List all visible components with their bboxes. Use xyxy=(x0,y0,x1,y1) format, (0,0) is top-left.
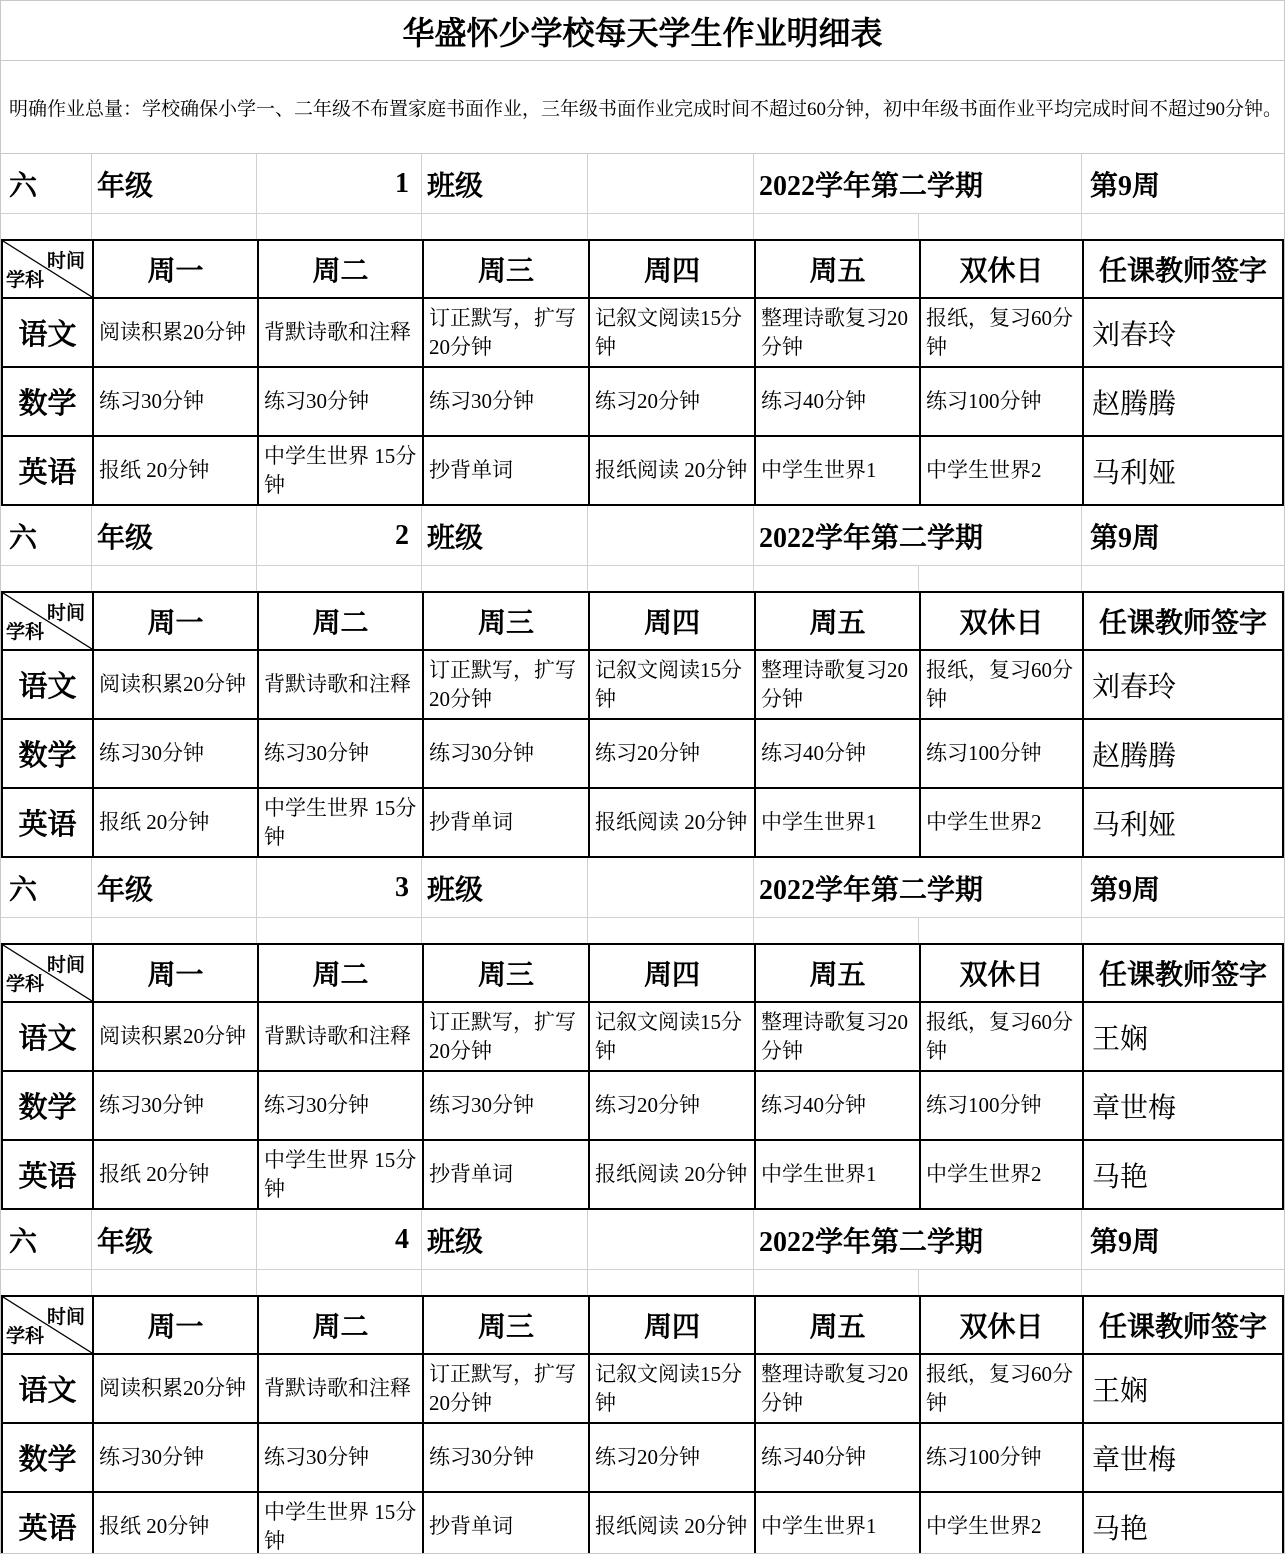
col-header-thu: 周四 xyxy=(590,945,756,1003)
homework-cell: 练习30分钟 xyxy=(94,1424,259,1493)
teacher-signature-cell: 马艳 xyxy=(1084,1141,1282,1210)
corner-cell: 时间 学科 xyxy=(3,1297,94,1355)
col-header-mon: 周一 xyxy=(94,1297,259,1355)
homework-cell: 报纸 20分钟 xyxy=(94,1141,259,1210)
homework-cell: 抄背单词 xyxy=(424,437,590,506)
homework-cell: 报纸 20分钟 xyxy=(94,789,259,858)
grade-label-cell: 年级 xyxy=(92,1210,257,1270)
col-header-wed: 周三 xyxy=(424,593,590,651)
homework-cell: 报纸，复习60分钟 xyxy=(921,651,1084,720)
col-header-fri: 周五 xyxy=(756,593,921,651)
homework-cell: 练习100分钟 xyxy=(921,1072,1084,1141)
class-label-cell: 班级 xyxy=(422,154,588,214)
col-header-teacher: 任课教师签字 xyxy=(1084,593,1282,651)
homework-cell: 中学生世界1 xyxy=(756,437,921,506)
spacer-cell xyxy=(754,918,919,943)
week-cell: 第9周 xyxy=(1082,1210,1284,1270)
homework-cell: 整理诗歌复习20分钟 xyxy=(756,1003,921,1072)
class-section: 六 年级 2 班级 2022学年第二学期 第9周 时间 学科 周一 周二 周 xyxy=(1,506,1284,858)
teacher-signature-cell: 马利娅 xyxy=(1084,789,1282,858)
grade-value-cell: 六 xyxy=(1,506,92,566)
spacer-cell xyxy=(422,214,588,239)
subject-cell: 英语 xyxy=(3,1493,94,1554)
homework-cell: 背默诗歌和注释 xyxy=(259,299,424,368)
teacher-signature-cell: 王娴 xyxy=(1084,1355,1282,1424)
class-number-cell: 2 xyxy=(257,506,422,566)
grade-value-cell: 六 xyxy=(1,1210,92,1270)
class-label-cell: 班级 xyxy=(422,858,588,918)
spacer-row xyxy=(1,918,1284,943)
spacer-cell xyxy=(1,918,92,943)
col-header-mon: 周一 xyxy=(94,241,259,299)
homework-cell: 报纸阅读 20分钟 xyxy=(590,437,756,506)
spacer-row xyxy=(1,1270,1284,1295)
spacer-cell xyxy=(92,1270,257,1295)
col-header-teacher: 任课教师签字 xyxy=(1084,241,1282,299)
spacer-cell xyxy=(1,566,92,591)
col-header-tue: 周二 xyxy=(259,593,424,651)
teacher-signature-cell: 赵腾腾 xyxy=(1084,368,1282,437)
col-header-weekend: 双休日 xyxy=(921,1297,1084,1355)
homework-cell: 抄背单词 xyxy=(424,1493,590,1554)
homework-cell: 背默诗歌和注释 xyxy=(259,1003,424,1072)
col-header-thu: 周四 xyxy=(590,593,756,651)
grade-value-cell: 六 xyxy=(1,858,92,918)
col-header-fri: 周五 xyxy=(756,241,921,299)
spacer-cell xyxy=(588,918,754,943)
empty-header-cell xyxy=(588,506,754,566)
homework-cell: 练习30分钟 xyxy=(259,720,424,789)
class-section: 六 年级 3 班级 2022学年第二学期 第9周 时间 学科 周一 周二 周 xyxy=(1,858,1284,1210)
homework-cell: 中学生世界 15分钟 xyxy=(259,437,424,506)
spacer-cell xyxy=(257,1270,422,1295)
col-header-tue: 周二 xyxy=(259,945,424,1003)
corner-subject-label: 学科 xyxy=(6,969,44,996)
spacer-cell xyxy=(588,566,754,591)
week-cell: 第9周 xyxy=(1082,154,1284,214)
homework-cell: 练习30分钟 xyxy=(424,720,590,789)
spacer-cell xyxy=(588,1270,754,1295)
col-header-thu: 周四 xyxy=(590,1297,756,1355)
homework-cell: 练习30分钟 xyxy=(424,368,590,437)
grade-label-cell: 年级 xyxy=(92,858,257,918)
teacher-signature-cell: 章世梅 xyxy=(1084,1072,1282,1141)
homework-cell: 报纸，复习60分钟 xyxy=(921,299,1084,368)
class-label-cell: 班级 xyxy=(422,506,588,566)
homework-cell: 中学生世界2 xyxy=(921,1493,1084,1554)
homework-cell: 订正默写，扩写20分钟 xyxy=(424,299,590,368)
subject-cell: 英语 xyxy=(3,789,94,858)
section-header-row: 六 年级 2 班级 2022学年第二学期 第9周 xyxy=(1,506,1284,566)
corner-subject-label: 学科 xyxy=(6,1321,44,1348)
subject-cell: 语文 xyxy=(3,1355,94,1424)
page-title: 华盛怀少学校每天学生作业明细表 xyxy=(1,1,1284,61)
spacer-cell xyxy=(1082,214,1284,239)
spacer-cell xyxy=(92,214,257,239)
col-header-fri: 周五 xyxy=(756,945,921,1003)
homework-table: 时间 学科 周一 周二 周三 周四 周五 双休日 任课教师签字 语文 阅读积累2… xyxy=(1,1295,1284,1554)
homework-cell: 订正默写，扩写20分钟 xyxy=(424,1355,590,1424)
homework-cell: 记叙文阅读15分钟 xyxy=(590,1355,756,1424)
homework-cell: 整理诗歌复习20分钟 xyxy=(756,651,921,720)
empty-header-cell xyxy=(588,1210,754,1270)
corner-time-label: 时间 xyxy=(47,246,85,273)
spacer-cell xyxy=(257,566,422,591)
col-header-wed: 周三 xyxy=(424,241,590,299)
semester-cell: 2022学年第二学期 xyxy=(754,154,1082,214)
class-number-cell: 4 xyxy=(257,1210,422,1270)
col-header-wed: 周三 xyxy=(424,1297,590,1355)
spacer-cell xyxy=(754,566,919,591)
spacer-cell xyxy=(919,1270,1082,1295)
homework-cell: 中学生世界2 xyxy=(921,789,1084,858)
col-header-mon: 周一 xyxy=(94,593,259,651)
homework-cell: 练习30分钟 xyxy=(424,1072,590,1141)
homework-cell: 练习30分钟 xyxy=(424,1424,590,1493)
spacer-cell xyxy=(1,214,92,239)
corner-subject-label: 学科 xyxy=(6,617,44,644)
homework-cell: 报纸 20分钟 xyxy=(94,1493,259,1554)
spacer-cell xyxy=(92,566,257,591)
homework-cell: 练习20分钟 xyxy=(590,1072,756,1141)
spacer-cell xyxy=(257,214,422,239)
homework-cell: 报纸阅读 20分钟 xyxy=(590,789,756,858)
homework-cell: 练习20分钟 xyxy=(590,368,756,437)
subject-cell: 数学 xyxy=(3,1424,94,1493)
teacher-signature-cell: 刘春玲 xyxy=(1084,651,1282,720)
homework-cell: 报纸，复习60分钟 xyxy=(921,1355,1084,1424)
subject-cell: 语文 xyxy=(3,1003,94,1072)
col-header-weekend: 双休日 xyxy=(921,945,1084,1003)
col-header-weekend: 双休日 xyxy=(921,593,1084,651)
total-homework-note: 明确作业总量：学校确保小学一、二年级不布置家庭书面作业，三年级书面作业完成时间不… xyxy=(1,61,1284,154)
spacer-cell xyxy=(919,566,1082,591)
spacer-cell xyxy=(588,214,754,239)
spacer-cell xyxy=(422,566,588,591)
col-header-thu: 周四 xyxy=(590,241,756,299)
class-section: 六 年级 1 班级 2022学年第二学期 第9周 时间 学科 周一 周二 周 xyxy=(1,154,1284,506)
empty-header-cell xyxy=(588,154,754,214)
col-header-tue: 周二 xyxy=(259,1297,424,1355)
homework-cell: 练习40分钟 xyxy=(756,368,921,437)
teacher-signature-cell: 章世梅 xyxy=(1084,1424,1282,1493)
spacer-cell xyxy=(422,1270,588,1295)
corner-subject-label: 学科 xyxy=(6,265,44,292)
homework-cell: 记叙文阅读15分钟 xyxy=(590,651,756,720)
spacer-cell xyxy=(422,918,588,943)
col-header-fri: 周五 xyxy=(756,1297,921,1355)
teacher-signature-cell: 马利娅 xyxy=(1084,437,1282,506)
homework-cell: 抄背单词 xyxy=(424,1141,590,1210)
homework-cell: 阅读积累20分钟 xyxy=(94,1003,259,1072)
semester-cell: 2022学年第二学期 xyxy=(754,858,1082,918)
homework-cell: 报纸 20分钟 xyxy=(94,437,259,506)
section-header-row: 六 年级 1 班级 2022学年第二学期 第9周 xyxy=(1,154,1284,214)
homework-cell: 报纸阅读 20分钟 xyxy=(590,1493,756,1554)
corner-time-label: 时间 xyxy=(47,1302,85,1329)
semester-cell: 2022学年第二学期 xyxy=(754,506,1082,566)
col-header-teacher: 任课教师签字 xyxy=(1084,1297,1282,1355)
homework-cell: 练习30分钟 xyxy=(94,720,259,789)
homework-cell: 阅读积累20分钟 xyxy=(94,299,259,368)
homework-cell: 练习40分钟 xyxy=(756,720,921,789)
homework-cell: 阅读积累20分钟 xyxy=(94,1355,259,1424)
spacer-cell xyxy=(1082,566,1284,591)
col-header-wed: 周三 xyxy=(424,945,590,1003)
homework-cell: 练习100分钟 xyxy=(921,720,1084,789)
homework-cell: 报纸阅读 20分钟 xyxy=(590,1141,756,1210)
week-cell: 第9周 xyxy=(1082,858,1284,918)
homework-cell: 中学生世界1 xyxy=(756,789,921,858)
subject-cell: 数学 xyxy=(3,368,94,437)
homework-cell: 整理诗歌复习20分钟 xyxy=(756,1355,921,1424)
homework-cell: 订正默写，扩写20分钟 xyxy=(424,651,590,720)
homework-cell: 练习20分钟 xyxy=(590,1424,756,1493)
semester-cell: 2022学年第二学期 xyxy=(754,1210,1082,1270)
spacer-cell xyxy=(919,918,1082,943)
corner-time-label: 时间 xyxy=(47,598,85,625)
corner-cell: 时间 学科 xyxy=(3,241,94,299)
homework-cell: 阅读积累20分钟 xyxy=(94,651,259,720)
homework-cell: 整理诗歌复习20分钟 xyxy=(756,299,921,368)
subject-cell: 语文 xyxy=(3,299,94,368)
subject-cell: 数学 xyxy=(3,720,94,789)
sections-container: 六 年级 1 班级 2022学年第二学期 第9周 时间 学科 周一 周二 周 xyxy=(1,154,1284,1554)
subject-cell: 英语 xyxy=(3,437,94,506)
section-header-row: 六 年级 3 班级 2022学年第二学期 第9周 xyxy=(1,858,1284,918)
empty-header-cell xyxy=(588,858,754,918)
subject-cell: 数学 xyxy=(3,1072,94,1141)
spacer-cell xyxy=(92,918,257,943)
homework-cell: 练习100分钟 xyxy=(921,1424,1084,1493)
homework-table: 时间 学科 周一 周二 周三 周四 周五 双休日 任课教师签字 语文 阅读积累2… xyxy=(1,943,1284,1210)
grade-label-cell: 年级 xyxy=(92,506,257,566)
teacher-signature-cell: 王娴 xyxy=(1084,1003,1282,1072)
spacer-row xyxy=(1,566,1284,591)
spacer-cell xyxy=(1082,918,1284,943)
homework-cell: 背默诗歌和注释 xyxy=(259,1355,424,1424)
homework-cell: 练习30分钟 xyxy=(94,368,259,437)
spacer-cell xyxy=(754,214,919,239)
homework-cell: 练习40分钟 xyxy=(756,1072,921,1141)
homework-cell: 中学生世界2 xyxy=(921,437,1084,506)
grade-label-cell: 年级 xyxy=(92,154,257,214)
subject-cell: 语文 xyxy=(3,651,94,720)
homework-cell: 订正默写，扩写20分钟 xyxy=(424,1003,590,1072)
homework-cell: 练习30分钟 xyxy=(259,1424,424,1493)
spacer-row xyxy=(1,214,1284,239)
grade-value-cell: 六 xyxy=(1,154,92,214)
homework-cell: 中学生世界 15分钟 xyxy=(259,1141,424,1210)
subject-cell: 英语 xyxy=(3,1141,94,1210)
teacher-signature-cell: 马艳 xyxy=(1084,1493,1282,1554)
teacher-signature-cell: 赵腾腾 xyxy=(1084,720,1282,789)
spacer-cell xyxy=(1,1270,92,1295)
class-section: 六 年级 4 班级 2022学年第二学期 第9周 时间 学科 周一 周二 周 xyxy=(1,1210,1284,1554)
homework-cell: 练习100分钟 xyxy=(921,368,1084,437)
homework-cell: 中学生世界1 xyxy=(756,1141,921,1210)
homework-cell: 中学生世界2 xyxy=(921,1141,1084,1210)
spacer-cell xyxy=(919,214,1082,239)
week-cell: 第9周 xyxy=(1082,506,1284,566)
col-header-mon: 周一 xyxy=(94,945,259,1003)
section-header-row: 六 年级 4 班级 2022学年第二学期 第9周 xyxy=(1,1210,1284,1270)
homework-table: 时间 学科 周一 周二 周三 周四 周五 双休日 任课教师签字 语文 阅读积累2… xyxy=(1,239,1284,506)
homework-cell: 报纸，复习60分钟 xyxy=(921,1003,1084,1072)
homework-cell: 练习30分钟 xyxy=(94,1072,259,1141)
corner-cell: 时间 学科 xyxy=(3,593,94,651)
homework-table: 时间 学科 周一 周二 周三 周四 周五 双休日 任课教师签字 语文 阅读积累2… xyxy=(1,591,1284,858)
homework-cell: 练习30分钟 xyxy=(259,368,424,437)
spacer-cell xyxy=(1082,1270,1284,1295)
homework-cell: 背默诗歌和注释 xyxy=(259,651,424,720)
homework-cell: 中学生世界 15分钟 xyxy=(259,1493,424,1554)
homework-cell: 记叙文阅读15分钟 xyxy=(590,299,756,368)
spacer-cell xyxy=(257,918,422,943)
col-header-tue: 周二 xyxy=(259,241,424,299)
class-number-cell: 1 xyxy=(257,154,422,214)
homework-cell: 练习40分钟 xyxy=(756,1424,921,1493)
class-number-cell: 3 xyxy=(257,858,422,918)
homework-cell: 中学生世界1 xyxy=(756,1493,921,1554)
corner-time-label: 时间 xyxy=(47,950,85,977)
homework-cell: 抄背单词 xyxy=(424,789,590,858)
teacher-signature-cell: 刘春玲 xyxy=(1084,299,1282,368)
homework-cell: 练习30分钟 xyxy=(259,1072,424,1141)
class-label-cell: 班级 xyxy=(422,1210,588,1270)
homework-sheet: 华盛怀少学校每天学生作业明细表 明确作业总量：学校确保小学一、二年级不布置家庭书… xyxy=(0,0,1285,1554)
corner-cell: 时间 学科 xyxy=(3,945,94,1003)
homework-cell: 记叙文阅读15分钟 xyxy=(590,1003,756,1072)
spacer-cell xyxy=(754,1270,919,1295)
col-header-teacher: 任课教师签字 xyxy=(1084,945,1282,1003)
homework-cell: 中学生世界 15分钟 xyxy=(259,789,424,858)
homework-cell: 练习20分钟 xyxy=(590,720,756,789)
col-header-weekend: 双休日 xyxy=(921,241,1084,299)
